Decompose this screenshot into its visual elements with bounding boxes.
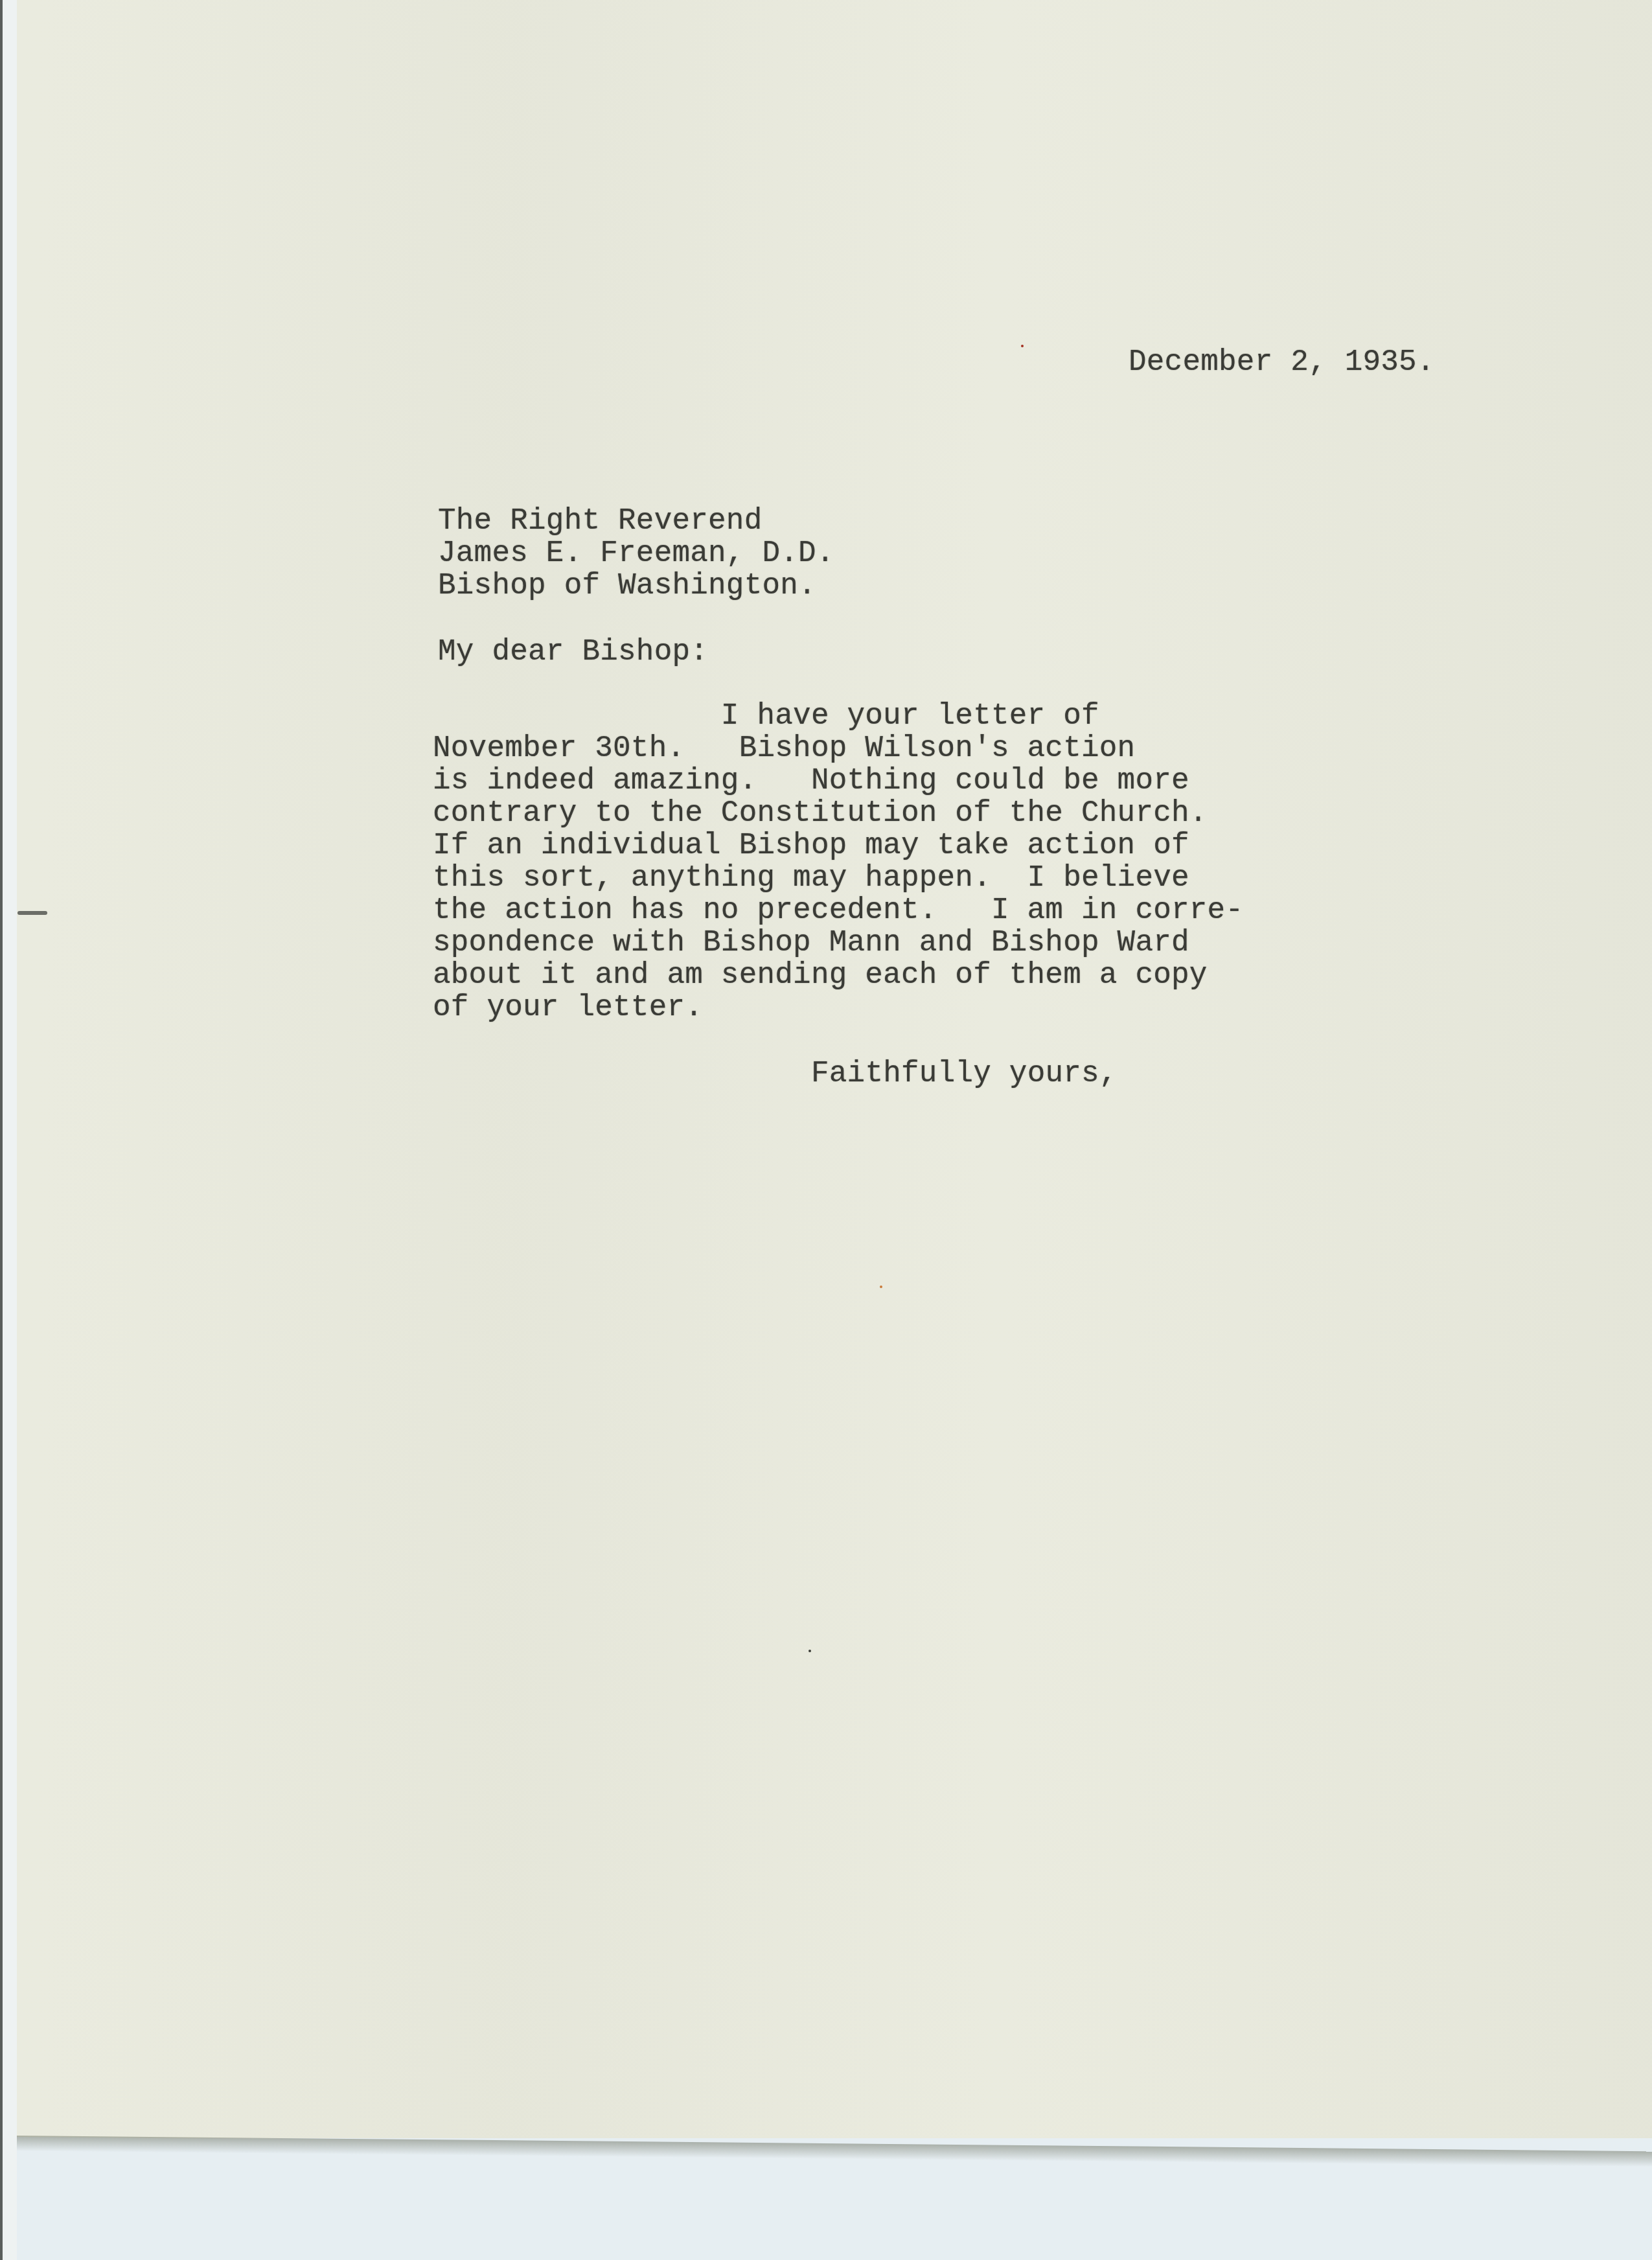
addressee-line: Bishop of Washington. (438, 570, 834, 602)
body-line: this sort, anything may happen. I believ… (433, 862, 1243, 894)
closing: Faithfully yours, (811, 1057, 1118, 1090)
salutation: My dear Bishop: (438, 636, 708, 668)
ink-speck (1021, 345, 1024, 347)
margin-mark (17, 911, 47, 915)
letter-date: December 2, 1935. (1129, 346, 1435, 378)
body-line: If an individual Bishop may take action … (433, 829, 1243, 862)
ink-speck (880, 1286, 882, 1288)
body-line: I have your letter of (433, 700, 1243, 732)
body-line: spondence with Bishop Mann and Bishop Wa… (433, 927, 1243, 959)
addressee-line: The Right Reverend (438, 505, 834, 537)
body-line: November 30th. Bishop Wilson's action (433, 732, 1243, 765)
ink-speck (809, 1650, 811, 1652)
letter-body: I have your letter ofNovember 30th. Bish… (433, 700, 1243, 1024)
body-line: about it and am sending each of them a c… (433, 959, 1243, 991)
body-line: is indeed amazing. Nothing could be more (433, 765, 1243, 797)
scanner-margin (3, 0, 17, 2260)
paper-bottom-shadow (17, 2136, 1652, 2167)
body-line: contrary to the Constitution of the Chur… (433, 797, 1243, 829)
body-line: the action has no precedent. I am in cor… (433, 894, 1243, 927)
addressee-line: James E. Freeman, D.D. (438, 537, 834, 570)
body-line: of your letter. (433, 991, 1243, 1024)
addressee-block: The Right ReverendJames E. Freeman, D.D.… (438, 505, 834, 602)
